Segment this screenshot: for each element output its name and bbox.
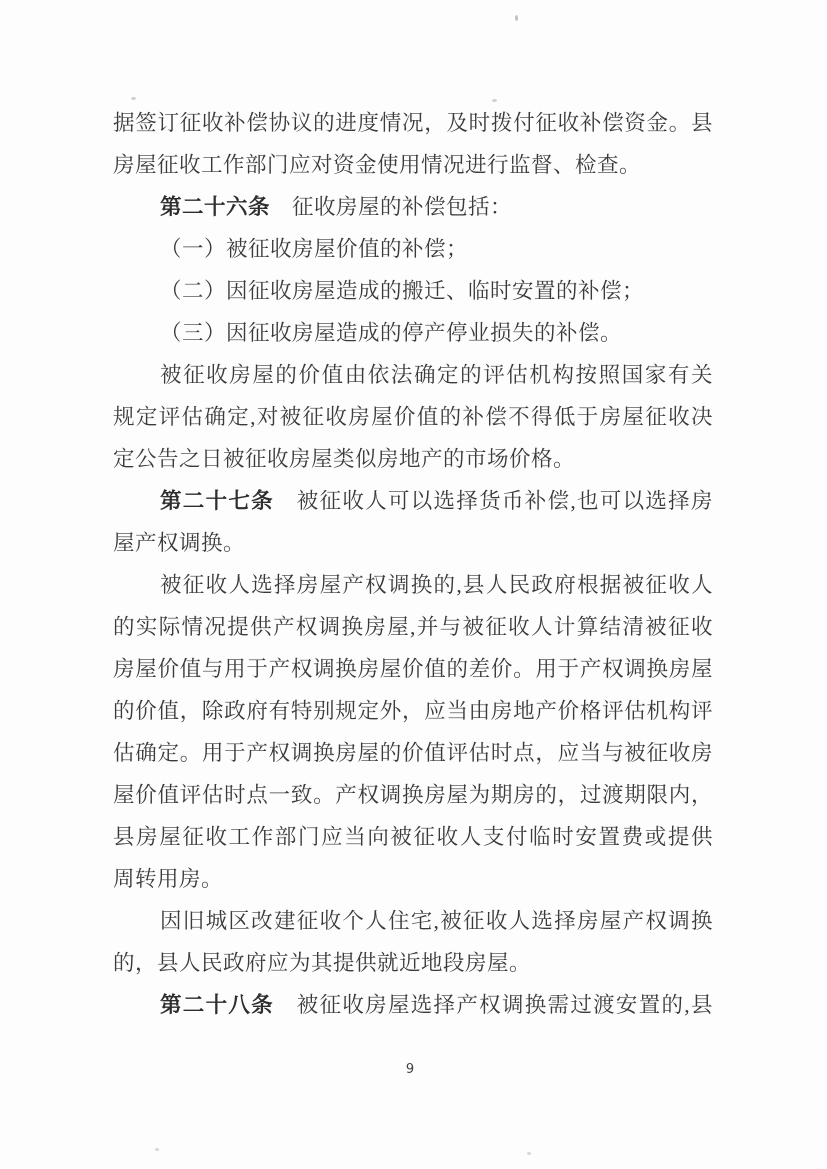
line-text: 周转用房。 bbox=[113, 867, 223, 891]
scan-speck bbox=[155, 1148, 159, 1151]
line-text: 因旧城区改建征收个人住宅,被征收人选择房屋产权调换 bbox=[160, 909, 713, 933]
line-text: 据签订征收补偿协议的进度情况，及时拨付征收补偿资金。县 bbox=[113, 111, 713, 135]
text-line: 规定评估确定,对被征收房屋价值的补偿不得低于房屋征收决 bbox=[113, 396, 713, 438]
line-text: 屋产权调换。 bbox=[113, 531, 245, 555]
document-page: 据签订征收补偿协议的进度情况，及时拨付征收补偿资金。县 房屋征收工作部门应对资金… bbox=[0, 0, 827, 1169]
article-number: 第二十六条 bbox=[160, 195, 270, 219]
text-line: 被征收人选择房屋产权调换的,县人民政府根据被征收人 bbox=[113, 564, 713, 606]
text-line: 被征收房屋的价值由依法确定的评估机构按照国家有关 bbox=[113, 354, 713, 396]
text-line-item-3: （三）因征收房屋造成的停产停业损失的补偿。 bbox=[113, 312, 713, 354]
line-text: 房屋征收工作部门应对资金使用情况进行监督、检查。 bbox=[113, 153, 641, 177]
text-line: 房屋价值与用于产权调换房屋价值的差价。用于产权调换房屋 bbox=[113, 648, 713, 690]
text-line: 周转用房。 bbox=[113, 858, 713, 900]
line-text: （一）被征收房屋价值的补偿； bbox=[160, 237, 468, 261]
line-text: 征收房屋的补偿包括： bbox=[270, 195, 512, 219]
line-text: 被征收人可以选择货币补偿,也可以选择房 bbox=[274, 489, 713, 513]
line-text: 屋价值评估时点一致。产权调换房屋为期房的，过渡期限内， bbox=[113, 783, 713, 807]
text-line: 屋价值评估时点一致。产权调换房屋为期房的，过渡期限内， bbox=[113, 774, 713, 816]
line-text: 被征收房屋的价值由依法确定的评估机构按照国家有关 bbox=[160, 363, 713, 387]
text-line-item-1: （一）被征收房屋价值的补偿； bbox=[113, 228, 713, 270]
line-text: （三）因征收房屋造成的停产停业损失的补偿。 bbox=[160, 321, 622, 345]
line-text: 的实际情况提供产权调换房屋,并与被征收人计算结清被征收 bbox=[113, 615, 713, 639]
line-text: 估确定。用于产权调换房屋的价值评估时点，应当与被征收房 bbox=[113, 741, 713, 765]
body-text: 据签订征收补偿协议的进度情况，及时拨付征收补偿资金。县 房屋征收工作部门应对资金… bbox=[113, 102, 713, 1026]
line-text: （二）因征收房屋造成的搬迁、临时安置的补偿； bbox=[160, 279, 644, 303]
line-text: 县房屋征收工作部门应当向被征收人支付临时安置费或提供 bbox=[113, 825, 713, 849]
text-line: 因旧城区改建征收个人住宅,被征收人选择房屋产权调换 bbox=[113, 900, 713, 942]
text-line: 屋产权调换。 bbox=[113, 522, 713, 564]
text-line: 估确定。用于产权调换房屋的价值评估时点，应当与被征收房 bbox=[113, 732, 713, 774]
text-line: 的价值，除政府有特别规定外，应当由房地产价格评估机构评 bbox=[113, 690, 713, 732]
line-text: 规定评估确定,对被征收房屋价值的补偿不得低于房屋征收决 bbox=[113, 405, 713, 429]
text-line-article-27: 第二十七条 被征收人可以选择货币补偿,也可以选择房 bbox=[113, 480, 713, 522]
line-text: 被征收人选择房屋产权调换的,县人民政府根据被征收人 bbox=[160, 573, 713, 597]
text-line-article-26: 第二十六条 征收房屋的补偿包括： bbox=[113, 186, 713, 228]
scan-speck bbox=[515, 15, 518, 21]
scan-speck bbox=[527, 1152, 531, 1155]
text-line: 县房屋征收工作部门应当向被征收人支付临时安置费或提供 bbox=[113, 816, 713, 858]
text-line-article-28: 第二十八条 被征收房屋选择产权调换需过渡安置的,县 bbox=[113, 984, 713, 1026]
article-number: 第二十八条 bbox=[160, 993, 274, 1017]
page-number: 9 bbox=[0, 1062, 820, 1077]
line-text: 被征收房屋选择产权调换需过渡安置的,县 bbox=[274, 993, 713, 1017]
text-line-item-2: （二）因征收房屋造成的搬迁、临时安置的补偿； bbox=[113, 270, 713, 312]
line-text: 定公告之日被征收房屋类似房地产的市场价格。 bbox=[113, 447, 575, 471]
text-line: 的实际情况提供产权调换房屋,并与被征收人计算结清被征收 bbox=[113, 606, 713, 648]
line-text: 房屋价值与用于产权调换房屋价值的差价。用于产权调换房屋 bbox=[113, 657, 713, 681]
text-line: 据签订征收补偿协议的进度情况，及时拨付征收补偿资金。县 bbox=[113, 102, 713, 144]
article-number: 第二十七条 bbox=[160, 489, 274, 513]
line-text: 的价值，除政府有特别规定外，应当由房地产价格评估机构评 bbox=[113, 699, 713, 723]
text-line: 房屋征收工作部门应对资金使用情况进行监督、检查。 bbox=[113, 144, 713, 186]
line-text: 的，县人民政府应为其提供就近地段房屋。 bbox=[113, 951, 531, 975]
text-line: 的，县人民政府应为其提供就近地段房屋。 bbox=[113, 942, 713, 984]
text-line: 定公告之日被征收房屋类似房地产的市场价格。 bbox=[113, 438, 713, 480]
scan-speck bbox=[131, 97, 136, 100]
